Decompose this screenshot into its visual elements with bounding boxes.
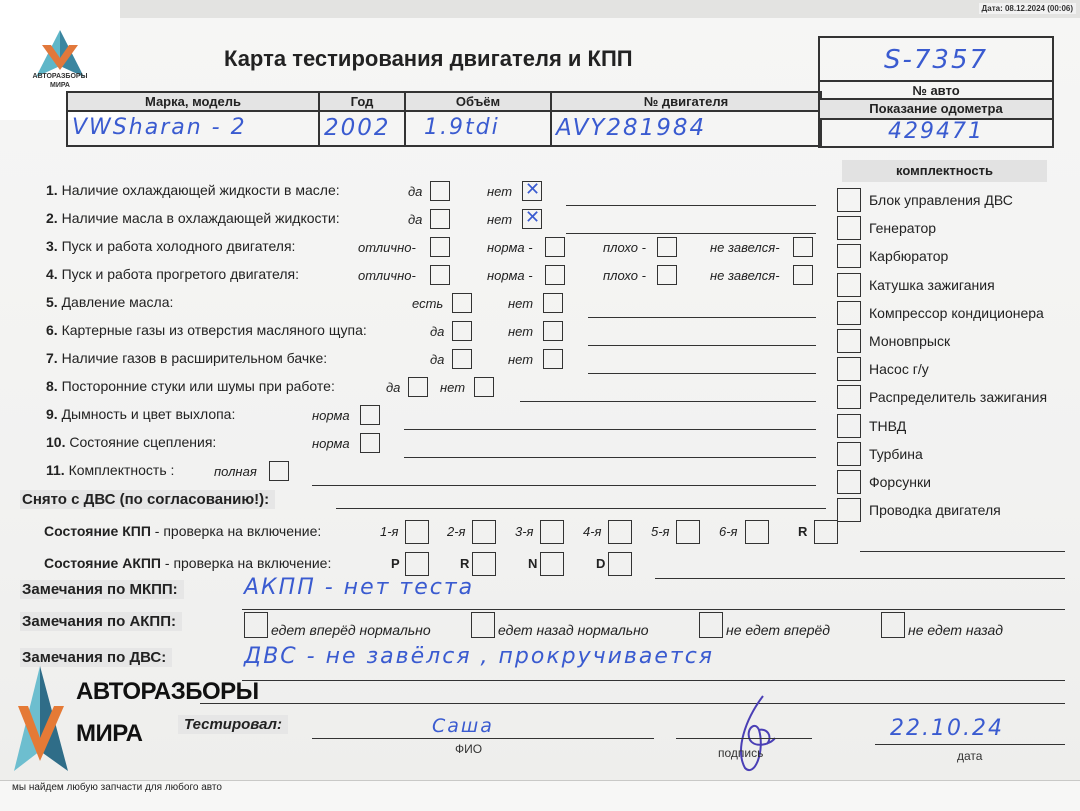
akpp-remark-label: не едет вперёд xyxy=(726,622,830,638)
manual-gear-label: 6-я xyxy=(719,524,738,539)
akpp-remarks-label: Замечания по АКПП: xyxy=(20,612,182,631)
kit-item-label: Компрессор кондиционера xyxy=(869,305,1044,321)
question-10-label: 10. Состояние сцепления: xyxy=(46,434,216,450)
question-text: Дымность и цвет выхлопа: xyxy=(62,406,236,422)
auto-gearbox-label-bold: Состояние АКПП xyxy=(44,555,161,571)
question-4-checkbox-3[interactable] xyxy=(657,265,677,285)
manual-gear-label: 3-я xyxy=(515,524,534,539)
question-3-checkbox-3[interactable] xyxy=(657,237,677,257)
manual-gear-checkbox[interactable] xyxy=(405,520,429,544)
car-number-odometer-table: S-7357 № авто Показание одометра 429471 xyxy=(818,36,1054,148)
question-3-label: 3. Пуск и работа холодного двигателя: xyxy=(46,238,295,254)
question-9-notes-line[interactable] xyxy=(404,429,816,430)
question-text: Посторонние стуки или шумы при работе: xyxy=(62,378,335,394)
manual-gearbox-label: Состояние КПП - проверка на включение: xyxy=(44,523,321,539)
question-6-notes-line[interactable] xyxy=(588,345,816,346)
kit-item-checkbox[interactable] xyxy=(837,385,861,409)
question-8-option-label: нет xyxy=(440,380,465,395)
question-1-label: 1. Наличие охлаждающей жидкости в масле: xyxy=(46,182,340,198)
volume-label: Объём xyxy=(406,93,550,112)
test-date-value: 22.10.24 xyxy=(890,716,1004,741)
question-4-checkbox-2[interactable] xyxy=(545,265,565,285)
question-2-checkbox-2[interactable] xyxy=(522,209,542,229)
question-text: Пуск и работа холодного двигателя: xyxy=(62,238,296,254)
kit-item-label: Насос г/у xyxy=(869,361,929,377)
question-10-checkbox-1[interactable] xyxy=(360,433,380,453)
question-4-option-label: плохо - xyxy=(603,268,646,283)
question-5-option-label: есть xyxy=(412,296,443,311)
question-6-checkbox-2[interactable] xyxy=(543,321,563,341)
question-1-notes-line[interactable] xyxy=(566,205,816,206)
mkpp-remarks-value: АКПП - нет теста xyxy=(244,575,474,600)
signature-scribble xyxy=(715,690,805,780)
question-1-checkbox-2[interactable] xyxy=(522,181,542,201)
auto-gear-label: D xyxy=(596,556,605,571)
question-5-notes-line[interactable] xyxy=(588,317,816,318)
question-text: Комплектность : xyxy=(69,462,175,478)
manual-gear-label: 5-я xyxy=(651,524,670,539)
question-3-option-label: отлично- xyxy=(358,240,416,255)
question-1-option-label: да xyxy=(408,184,422,199)
question-1-option-label: нет xyxy=(487,184,512,199)
year-cell: Год 2002 xyxy=(320,93,406,145)
question-text: Пуск и работа прогретого двигателя: xyxy=(62,266,299,282)
manual-gearbox-label-bold: Состояние КПП xyxy=(44,523,151,539)
question-6-option-label: да xyxy=(430,324,444,339)
question-5-option-label: нет xyxy=(508,296,533,311)
question-6-option-label: нет xyxy=(508,324,533,339)
question-4-option-label: не завелся- xyxy=(710,268,780,283)
kit-item-checkbox[interactable] xyxy=(837,244,861,268)
mkpp-remarks-label: Замечания по МКПП: xyxy=(20,580,184,599)
manual-gearbox-notes-line[interactable] xyxy=(860,551,1065,552)
question-text: Наличие газов в расширительном бачке: xyxy=(62,350,328,366)
kit-item-label: Распределитель зажигания xyxy=(869,389,1047,405)
kit-item-label: Карбюратор xyxy=(869,248,948,264)
kit-title: комплектность xyxy=(842,160,1047,182)
test-date-line[interactable] xyxy=(875,744,1065,745)
question-number: 11. xyxy=(46,462,69,478)
question-9-checkbox-1[interactable] xyxy=(360,405,380,425)
auto-gear-checkbox[interactable] xyxy=(405,552,429,576)
akpp-remark-checkbox[interactable] xyxy=(471,612,495,638)
kit-item-label: Проводка двигателя xyxy=(869,502,1001,518)
question-8-option-label: да xyxy=(386,380,400,395)
brand-name-line2: МИРА xyxy=(76,720,142,748)
akpp-remark-checkbox[interactable] xyxy=(244,612,268,638)
question-number: 10. xyxy=(46,434,69,450)
question-11-label: 11. Комплектность : xyxy=(46,462,174,478)
kit-item-checkbox[interactable] xyxy=(837,470,861,494)
auto-gear-checkbox[interactable] xyxy=(472,552,496,576)
question-number: 3. xyxy=(46,238,62,254)
question-number: 2. xyxy=(46,210,62,226)
question-text: Картерные газы из отверстия масляного щу… xyxy=(62,322,367,338)
question-5-checkbox-2[interactable] xyxy=(543,293,563,313)
dvs-remarks-line[interactable] xyxy=(242,680,1065,681)
year-value: 2002 xyxy=(324,112,404,144)
test-date-caption: дата xyxy=(957,749,982,763)
question-5-checkbox-1[interactable] xyxy=(452,293,472,313)
document-title: Карта тестирования двигателя и КПП xyxy=(224,46,633,72)
auto-gearbox-notes-line[interactable] xyxy=(655,578,1065,579)
manual-gear-checkbox[interactable] xyxy=(676,520,700,544)
volume-cell: Объём 1.9tdi xyxy=(406,93,552,145)
make-model-label: Марка, модель xyxy=(68,93,318,112)
question-8-label: 8. Посторонние стуки или шумы при работе… xyxy=(46,378,335,394)
question-number: 1. xyxy=(46,182,62,198)
manual-gear-checkbox[interactable] xyxy=(472,520,496,544)
tester-name-value: Саша xyxy=(432,715,494,737)
akpp-remark-label: едет назад нормально xyxy=(498,622,649,638)
auto-gear-checkbox[interactable] xyxy=(608,552,632,576)
question-7-option-label: нет xyxy=(508,352,533,367)
kit-item-checkbox[interactable] xyxy=(837,329,861,353)
auto-gear-checkbox[interactable] xyxy=(540,552,564,576)
question-2-option-label: нет xyxy=(487,212,512,227)
question-4-checkbox-4[interactable] xyxy=(793,265,813,285)
volume-value: 1.9tdi xyxy=(424,112,550,144)
manual-gear-checkbox[interactable] xyxy=(745,520,769,544)
question-9-option-label: норма xyxy=(312,408,350,423)
tester-name-line[interactable] xyxy=(312,738,654,739)
kit-item-checkbox[interactable] xyxy=(837,301,861,325)
kit-item-checkbox[interactable] xyxy=(837,216,861,240)
auto-gear-label: N xyxy=(528,556,537,571)
kit-item-checkbox[interactable] xyxy=(837,414,861,438)
question-number: 6. xyxy=(46,322,62,338)
brand-small-line1: АВТОРАЗБОРЫ xyxy=(0,72,120,81)
scan-date-stamp: Дата: 08.12.2024 (00:06) xyxy=(979,3,1076,14)
question-7-label: 7. Наличие газов в расширительном бачке: xyxy=(46,350,327,366)
brand-logo-large: АВТОРАЗБОРЫ МИРА xyxy=(0,660,230,800)
question-8-notes-line[interactable] xyxy=(520,401,816,402)
question-10-notes-line[interactable] xyxy=(404,457,816,458)
question-text: Давление масла: xyxy=(62,294,174,310)
kit-item-label: Турбина xyxy=(869,446,923,462)
manual-gear-checkbox[interactable] xyxy=(608,520,632,544)
question-2-label: 2. Наличие масла в охлаждающей жидкости: xyxy=(46,210,340,226)
question-6-checkbox-1[interactable] xyxy=(452,321,472,341)
scan-top-edge xyxy=(120,0,1080,18)
engine-number-cell: № двигателя AVY281984 xyxy=(552,93,820,145)
brand-name-line1: АВТОРАЗБОРЫ xyxy=(76,678,259,706)
question-10-option-label: норма xyxy=(312,436,350,451)
question-4-label: 4. Пуск и работа прогретого двигателя: xyxy=(46,266,299,282)
car-number-value: S-7357 xyxy=(820,42,1052,78)
manual-gearbox-label-rest: - проверка на включение: xyxy=(151,523,321,539)
kit-item-label: Катушка зажигания xyxy=(869,277,995,293)
question-7-option-label: да xyxy=(430,352,444,367)
removed-input-line[interactable] xyxy=(336,508,826,509)
question-3-checkbox-1[interactable] xyxy=(430,237,450,257)
akpp-remark-label: не едет назад xyxy=(908,622,1003,638)
auto-gearbox-label-rest: - проверка на включение: xyxy=(161,555,331,571)
odometer-value: 429471 xyxy=(820,118,1052,146)
question-3-option-label: плохо - xyxy=(603,240,646,255)
signature-line[interactable] xyxy=(676,738,812,739)
manual-gear-checkbox[interactable] xyxy=(814,520,838,544)
car-number-label: № авто xyxy=(820,80,1052,100)
make-model-cell: Марка, модель VWSharan - 2 xyxy=(68,93,320,145)
kit-item-label: Генератор xyxy=(869,220,936,236)
kit-item-checkbox[interactable] xyxy=(837,498,861,522)
question-number: 7. xyxy=(46,350,62,366)
question-number: 8. xyxy=(46,378,62,394)
question-11-option-label: полная xyxy=(214,464,257,479)
kit-item-checkbox[interactable] xyxy=(837,442,861,466)
question-2-option-label: да xyxy=(408,212,422,227)
manual-gear-label: 1-я xyxy=(380,524,399,539)
kit-item-checkbox[interactable] xyxy=(837,188,861,212)
question-number: 9. xyxy=(46,406,62,422)
brand-tagline: мы найдем любую запчасти для любого авто xyxy=(12,782,222,793)
auto-gear-label: P xyxy=(391,556,400,571)
auto-gear-label: R xyxy=(460,556,469,571)
question-text: Состояние сцепления: xyxy=(69,434,216,450)
manual-gear-label: 4-я xyxy=(583,524,602,539)
question-7-checkbox-2[interactable] xyxy=(543,349,563,369)
year-label: Год xyxy=(320,93,404,112)
question-number: 4. xyxy=(46,266,62,282)
manual-gear-checkbox[interactable] xyxy=(540,520,564,544)
question-text: Наличие масла в охлаждающей жидкости: xyxy=(62,210,340,226)
make-model-value: VWSharan - 2 xyxy=(72,112,318,144)
question-1-checkbox-1[interactable] xyxy=(430,181,450,201)
question-2-notes-line[interactable] xyxy=(566,233,816,234)
akpp-remark-checkbox[interactable] xyxy=(699,612,723,638)
vehicle-info-table: Марка, модель VWSharan - 2 Год 2002 Объё… xyxy=(66,91,822,147)
kit-item-label: Форсунки xyxy=(869,474,931,490)
question-3-option-label: норма - xyxy=(487,240,533,255)
kit-item-label: Моновпрыск xyxy=(869,333,950,349)
manual-gear-label: R xyxy=(798,524,807,539)
question-3-checkbox-2[interactable] xyxy=(545,237,565,257)
auto-gearbox-label: Состояние АКПП - проверка на включение: xyxy=(44,555,331,571)
removed-label: Снято с ДВС (по согласованию!): xyxy=(20,490,275,509)
kit-item-label: ТНВД xyxy=(869,418,906,434)
signature-caption: подпись xyxy=(718,746,763,760)
kit-item-checkbox[interactable] xyxy=(837,273,861,297)
manual-gear-label: 2-я xyxy=(447,524,466,539)
tester-name-caption: ФИО xyxy=(455,742,482,756)
question-11-checkbox-1[interactable] xyxy=(269,461,289,481)
question-2-checkbox-1[interactable] xyxy=(430,209,450,229)
mkpp-remarks-line[interactable] xyxy=(242,609,1065,610)
question-3-checkbox-4[interactable] xyxy=(793,237,813,257)
question-3-option-label: не завелся- xyxy=(710,240,780,255)
question-number: 5. xyxy=(46,294,62,310)
engine-number-label: № двигателя xyxy=(552,93,820,112)
question-5-label: 5. Давление масла: xyxy=(46,294,173,310)
odometer-label: Показание одометра xyxy=(820,98,1052,120)
question-4-option-label: отлично- xyxy=(358,268,416,283)
kit-item-checkbox[interactable] xyxy=(837,357,861,381)
question-11-notes-line[interactable] xyxy=(312,485,816,486)
engine-number-value: AVY281984 xyxy=(556,112,820,144)
dvs-remarks-value: ДВС - не завёлся , прокручивается xyxy=(244,644,714,669)
question-7-notes-line[interactable] xyxy=(588,373,816,374)
dvs-remarks-line-2[interactable] xyxy=(200,703,1065,704)
akpp-remark-checkbox[interactable] xyxy=(881,612,905,638)
question-6-label: 6. Картерные газы из отверстия масляного… xyxy=(46,322,367,338)
kit-item-label: Блок управления ДВС xyxy=(869,192,1013,208)
question-9-label: 9. Дымность и цвет выхлопа: xyxy=(46,406,235,422)
brand-small-line2: МИРА xyxy=(0,81,120,90)
question-text: Наличие охлаждающей жидкости в масле: xyxy=(62,182,340,198)
question-8-checkbox-1[interactable] xyxy=(408,377,428,397)
question-4-option-label: норма - xyxy=(487,268,533,283)
akpp-remark-label: едет вперёд нормально xyxy=(271,622,431,638)
question-4-checkbox-1[interactable] xyxy=(430,265,450,285)
question-7-checkbox-1[interactable] xyxy=(452,349,472,369)
question-8-checkbox-2[interactable] xyxy=(474,377,494,397)
